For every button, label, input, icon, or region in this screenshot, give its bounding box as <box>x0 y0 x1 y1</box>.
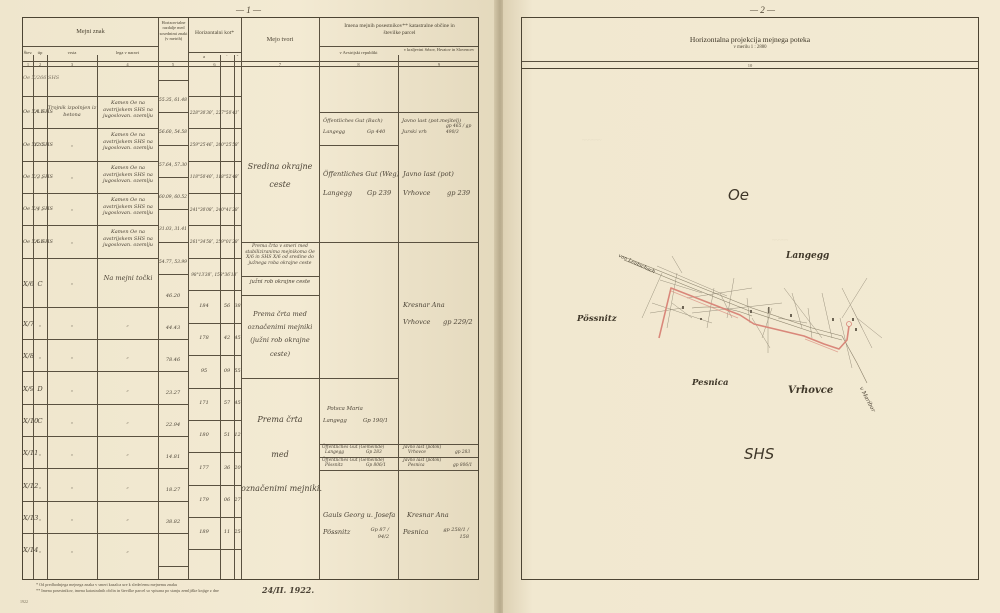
map-label-yugoslavia: SHS <box>744 445 774 463</box>
row-tip: „ <box>33 322 47 329</box>
owner-avstrija-name: Öffentliches Gut (Bach) <box>323 118 383 125</box>
row-kot-c: 27 <box>234 497 241 504</box>
owner-kraljevina-parcel: gp 258/1 / 158 <box>443 527 469 540</box>
owner-avstrija-place: Pössnitz <box>325 463 343 469</box>
row-tip: „ <box>33 484 47 491</box>
row-kot-b: 36 <box>220 465 234 472</box>
owner-kraljevina-place: Vrhovce <box>408 450 426 456</box>
row-tip: A.F. <box>33 109 47 116</box>
row-line <box>23 96 158 97</box>
row-kot-c: 25 <box>234 529 241 536</box>
owner-avstrija-place: Langegg <box>325 450 344 456</box>
header-kot-c: ″ <box>234 54 241 60</box>
row-lega: „ <box>97 548 158 555</box>
row-kot-b: 09 <box>220 368 234 375</box>
header-vrsta: vrsta <box>47 50 97 56</box>
map-frame: Horizontalna projekcija mejnega poteka v… <box>521 17 979 580</box>
mejo-tvori-block5-line1: Prema črta <box>241 415 319 425</box>
row-line <box>23 468 158 469</box>
row-razdalja: 18.27 <box>158 487 188 494</box>
row-vrsta: „ <box>47 174 97 181</box>
row-stev: X/6 <box>23 280 33 289</box>
row-stev: X/8 <box>23 352 33 361</box>
row-kot-c: 12 <box>234 432 241 439</box>
header-kraljevina: v kraljevini Srbov, Hrvatov in Slovencev <box>398 47 480 52</box>
row-line <box>23 128 158 129</box>
row-razdalja: 46.20 <box>158 293 188 300</box>
row-line <box>23 225 158 226</box>
row-kot-c: 55 <box>234 368 241 375</box>
mejo-tvori-block2: Prema črta v smeri med stabiliziranima m… <box>242 244 318 267</box>
row-kot-b: 57 <box>220 400 234 407</box>
owner-kraljevina-parcel: gp 806/1 <box>453 463 472 469</box>
row-razdalja: 55.35, 61.48 <box>158 98 188 104</box>
row-tip: „ <box>33 451 47 458</box>
row-kot-c: 38 <box>234 303 241 310</box>
header-line <box>188 52 241 53</box>
col-number: 5 <box>158 62 188 67</box>
map-label-possnitz: Pössnitz <box>577 314 617 324</box>
mejo-tvori-block5-line2: med <box>241 450 319 460</box>
col-divider <box>398 55 399 579</box>
owner-avstrija-parcel: Gp 239 <box>367 189 391 198</box>
owner-avstrija-place: Pössnitz <box>323 528 350 537</box>
row-lega: Kamen Oe na avstrijskem SHS na jugoslova… <box>99 132 157 152</box>
row-tip: C <box>33 417 47 426</box>
row-kot-b: 56 <box>220 303 234 310</box>
row-vrsta: „ <box>47 516 97 523</box>
col-number: 4 <box>97 62 158 67</box>
row-razdalja: 22.94 <box>158 422 188 429</box>
row-vrsta: „ <box>47 206 97 213</box>
row-lega: Kamen Oe na avstrijskem SHS na jugoslova… <box>99 229 157 249</box>
row-tip: C <box>33 280 47 289</box>
col-number: 6 <box>188 62 241 67</box>
row-tip: A.F. <box>33 239 47 246</box>
row-lega: „ <box>97 419 158 426</box>
row-kot-a: 189 <box>188 529 220 536</box>
row-line <box>23 371 158 372</box>
header-imena: Imena mejnih posestnikov** katastralne o… <box>319 23 480 37</box>
row-razdalja: 44.43 <box>158 325 188 332</box>
header-line <box>23 46 158 47</box>
owner-avstrija-name: Potsca Maria <box>327 406 363 413</box>
row-kot-b: 42 <box>220 335 234 342</box>
row-stev: X/10 <box>23 417 33 426</box>
row-tip: D <box>33 385 47 394</box>
header-horiz-razdalja: Horizon-talne razdalje med sosednimi zna… <box>159 20 188 41</box>
row-razdalja: 57.64, 57.30 <box>158 163 188 169</box>
col-divider <box>241 18 242 579</box>
col-divider <box>188 18 189 579</box>
row-kot: 228°30′30″, 227°50′41″ <box>188 110 241 115</box>
row-lega: „ <box>97 322 158 329</box>
row-razdalja: 78.46 <box>158 357 188 364</box>
row-line <box>23 339 158 340</box>
row-kot: 259°25′46″, 260°25′58″ <box>188 142 241 147</box>
row-vrsta: Trojnik izpolnjen iz betona <box>47 105 97 118</box>
header-kot-b: ′ <box>220 54 234 60</box>
left-page-number: — 1 — <box>236 5 261 15</box>
owner-kraljevina-parcel: gp 229/2 <box>443 318 473 327</box>
map-label-langegg: Langegg <box>786 251 829 261</box>
owner-avstrija-parcel: Gp 440 <box>367 129 385 136</box>
header-tip: tip <box>33 50 47 56</box>
owner-kraljevina-parcel: gp 239 <box>447 189 470 198</box>
mejo-tvori-block4: Prema črta med označenimi mejniki (južni… <box>245 308 315 361</box>
row-kot: 118°50′40″, 118°52′48″ <box>188 174 241 179</box>
owner-kraljevina-place: Pesnica <box>403 528 428 537</box>
owner-kraljevina-place: Vrhovce <box>403 189 430 198</box>
header-horiz-kot: Horizontalni kot* <box>188 30 241 37</box>
col-number: 8 <box>319 62 398 67</box>
row-line <box>23 404 158 405</box>
row-kot-c: 45 <box>234 400 241 407</box>
col-number: 7 <box>241 62 319 67</box>
row-tip: „ „ <box>33 174 47 181</box>
row-tip: „ <box>33 548 47 555</box>
row-razdalja: 23.27 <box>158 390 188 397</box>
row-tip: „ <box>33 354 47 361</box>
row-line <box>23 193 158 194</box>
owner-avstrija-place: Langegg <box>323 189 352 198</box>
right-page-number: — 2 — <box>750 5 775 15</box>
map-label-austria: Oe <box>728 186 749 204</box>
header-mejo-tvori: Mejo tvori <box>241 36 319 44</box>
row-kot-c: 20 <box>234 465 241 472</box>
row-razdalja: 38.82 <box>158 519 188 526</box>
footnote-2: ** Imena posestnikov, imena katastralnih… <box>36 588 219 593</box>
row-stev: Oe X/266 SHS <box>23 75 47 82</box>
row-vrsta: „ <box>47 451 97 458</box>
col-number: 9 <box>398 62 480 67</box>
row-stev: X/14 <box>23 546 33 555</box>
boundary-map <box>522 18 980 581</box>
owner-avstrija-place: Langegg <box>323 129 345 136</box>
row-lega: Kamen Oe na avstrijskem SHS na jugoslova… <box>99 165 157 185</box>
owner-avstrija-parcel: Gp 87 / 94/2 <box>367 527 389 540</box>
row-kot-c: 45 <box>234 335 241 342</box>
land-register-date: 24/II. 1922. <box>262 585 314 595</box>
row-vrsta: „ <box>47 239 97 246</box>
row-line <box>23 436 158 437</box>
mejo-tvori-block3: južni rob okrajne ceste <box>242 279 318 286</box>
row-vrsta: „ <box>47 322 97 329</box>
row-line <box>23 501 158 502</box>
row-vrsta: „ <box>47 387 97 394</box>
row-stev: X/13 <box>23 514 33 523</box>
row-tip: „ „ <box>33 206 47 213</box>
col-number: 3 <box>47 62 97 67</box>
row-stev: X/11 <box>23 449 33 458</box>
row-stev: X/7 <box>23 320 33 329</box>
row-line <box>23 533 158 534</box>
row-kot-a: 179 <box>188 497 220 504</box>
row-kot-b: 11 <box>220 529 234 536</box>
owner-avstrija-parcel: Gp 190/1 <box>363 418 388 425</box>
row-stev: X/12 <box>23 482 33 491</box>
row-kot-b: 51 <box>220 432 234 439</box>
row-stev: X/9 <box>23 385 33 394</box>
owner-avstrija-name: Öffentliches Gut (Weg) <box>323 170 399 179</box>
row-lega: „ <box>97 354 158 361</box>
row-kot-a: 184 <box>188 303 220 310</box>
mejo-tvori-block5-line3: označenimi mejniki. <box>241 484 319 494</box>
row-razdalja: 60.09, 60.52 <box>158 195 188 201</box>
row-lega: Kamen Oe na avstrijskem SHS na jugoslova… <box>99 197 157 217</box>
row-vrsta: „ <box>47 142 97 149</box>
col-number: 2 <box>33 62 47 67</box>
row-kot: 98°13′38″, 158°36′18″ <box>188 272 241 277</box>
header-avstrija: v Avstrijski republiki <box>319 50 398 56</box>
row-razdalja: 54.77, 53.99 <box>158 260 188 266</box>
row-kot: 241°30′08″, 240°41′28″ <box>188 207 241 212</box>
row-kot-b: 06 <box>220 497 234 504</box>
row-line <box>23 307 158 308</box>
row-tip: „ <box>33 516 47 523</box>
owner-kraljevina-name: Kresnar Ana <box>407 511 449 520</box>
row-kot-a: 95 <box>188 368 220 375</box>
row-kot-a: 177 <box>188 465 220 472</box>
owner-kraljevina-place: Pesnica <box>408 463 425 469</box>
row-lega: Kamen Oe na avstrijskem SHS na jugoslova… <box>99 100 157 120</box>
owner-kraljevina-parcel: gp 283 <box>455 450 470 456</box>
header-kot-a: a <box>188 54 220 60</box>
row-vrsta: „ <box>47 354 97 361</box>
row-razdalja: 14.81 <box>158 454 188 461</box>
row-lega: „ <box>97 451 158 458</box>
row-razdalja: 31.03, 31.41 <box>158 227 188 233</box>
row-vrsta: „ <box>47 484 97 491</box>
header-stev: Štev. <box>23 50 33 56</box>
owner-avstrija-parcel: Gp 806/1 <box>366 463 386 469</box>
row-line <box>23 161 158 162</box>
owner-avstrija-name: Gauls Georg u. Josefa <box>323 511 395 520</box>
map-label-pesnica: Pesnica <box>692 378 728 388</box>
map-label-vrhovce: Vrhovce <box>788 385 833 396</box>
owner-avstrija-parcel: Gp 283 <box>366 450 382 456</box>
row-tip: C.C. <box>33 142 47 149</box>
mejo-tvori-block1: Sredina okrajne ceste <box>245 158 315 193</box>
row-kot: 261°34′58″, 259°01′28″ <box>188 239 241 244</box>
col-number: 1 <box>23 62 33 67</box>
row-lega: „ <box>97 387 158 394</box>
row-vrsta: „ <box>47 419 97 426</box>
owner-kraljevina-name: Javno last (pot) <box>403 170 454 179</box>
row-vrsta: „ <box>47 280 97 287</box>
row-lega: Na mejni točki <box>103 274 153 283</box>
row-line <box>23 258 158 259</box>
boundary-table: Mejni znak Štev. tip vrsta lega v naravi… <box>22 17 479 580</box>
row-kot-a: 171 <box>188 400 220 407</box>
owner-kraljevina-place: Jurski vrh <box>402 129 427 136</box>
row-lega: „ <box>97 516 158 523</box>
owner-kraljevina-place: Vrhovce <box>403 318 430 327</box>
row-vrsta: „ <box>47 548 97 555</box>
row-kot-a: 180 <box>188 432 220 439</box>
col-divider <box>319 18 320 579</box>
header-lega: lega v naravi <box>97 50 158 56</box>
owner-kraljevina-name: Kresnar Ana <box>403 301 445 310</box>
row-kot-a: 178 <box>188 335 220 342</box>
corner-mark-bottom: 1922 <box>20 599 28 604</box>
owner-avstrija-place: Langegg <box>323 418 347 425</box>
owner-kraljevina-parcel: gp 465 / gp 490/3 <box>446 124 476 135</box>
header-mejni-znak: Mejni znak <box>23 28 158 36</box>
footnote-1: * Od predhodnjega mejnega znaka v smeri … <box>36 582 177 587</box>
row-lega: „ <box>97 484 158 491</box>
row-razdalja: 56.60, 54.58 <box>158 130 188 136</box>
